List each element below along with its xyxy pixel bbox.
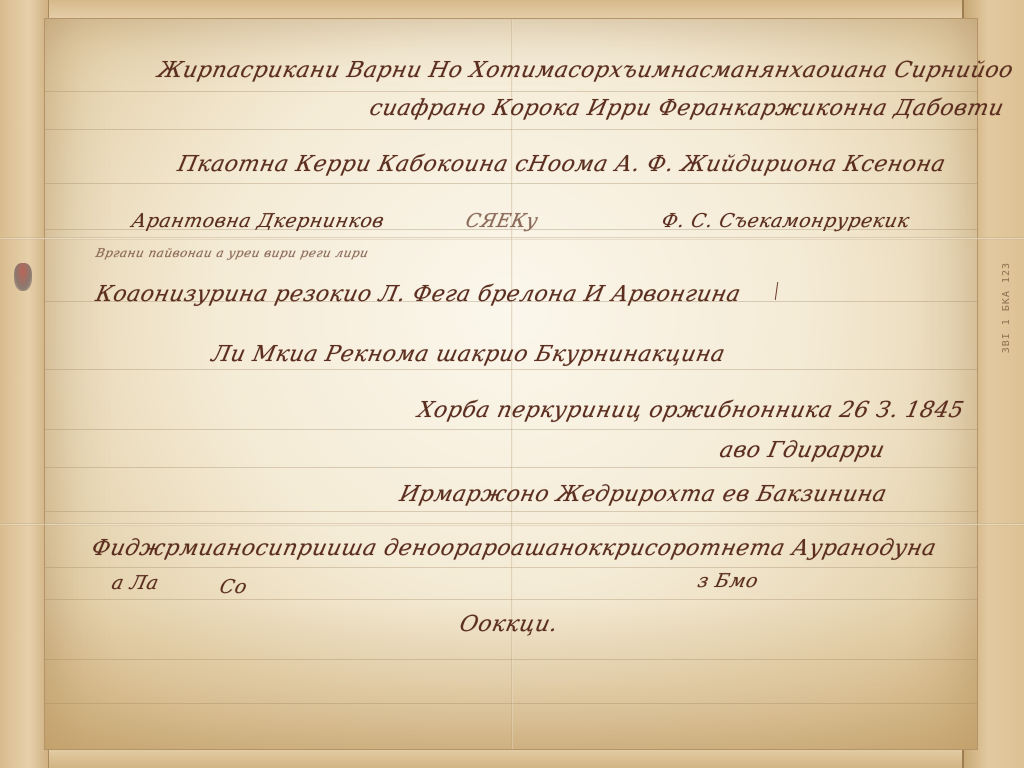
handwritten-line: Пкаотна Керри Кабокоина сНоома А. Ф. Жий… [175, 152, 948, 177]
handwritten-line: Хорба перкуриниц оржибнонника 26 З. 1845 [415, 398, 966, 423]
handwritten-line: з Бмо [696, 570, 761, 592]
handwritten-line: сиафрано Корока Ирри Феранкаржиконна Даб… [367, 96, 1006, 121]
handwritten-line: Коаонизурина резокио Л. Фега брелона И А… [93, 282, 743, 307]
handwritten-line: Со [218, 576, 250, 598]
fold-crease-vertical [511, 19, 513, 749]
handwritten-line: Вргани пайвонаи а уреи вири реги лири [95, 246, 370, 260]
handwritten-line: Ирмаржоно Жедрирохта ев Бакзинина [397, 482, 889, 507]
wax-seal-stain [14, 263, 32, 291]
handwritten-line: СЯЕКу [464, 210, 541, 232]
handwritten-signature: Ооккци. [457, 612, 560, 637]
handwritten-line: аво Гдирарри [717, 438, 887, 463]
handwritten-line: Ф. С. Съекамонрурекик [660, 210, 912, 232]
handwritten-line: Ли Мкиа Рекнома шакрио Бкурнинакцина [209, 342, 727, 367]
document-photo: ЗВІ 1 БКА 123 Жирпасрикани Варни Но Хоти… [0, 0, 1024, 768]
handwritten-line: Арантовна Дкернинков [130, 210, 387, 232]
handwritten-line: а Ла [110, 572, 161, 594]
manuscript-sheet [44, 18, 978, 750]
margin-annotation: ЗВІ 1 БКА 123 [1001, 262, 1012, 353]
handwritten-line: Фиджрмианосиприиша деноорароашаноккрисор… [89, 536, 938, 561]
backing-sheet-left-edge [0, 0, 49, 768]
handwritten-line: Жирпасрикани Варни Но Хотимасорхъимнасма… [155, 58, 1015, 83]
